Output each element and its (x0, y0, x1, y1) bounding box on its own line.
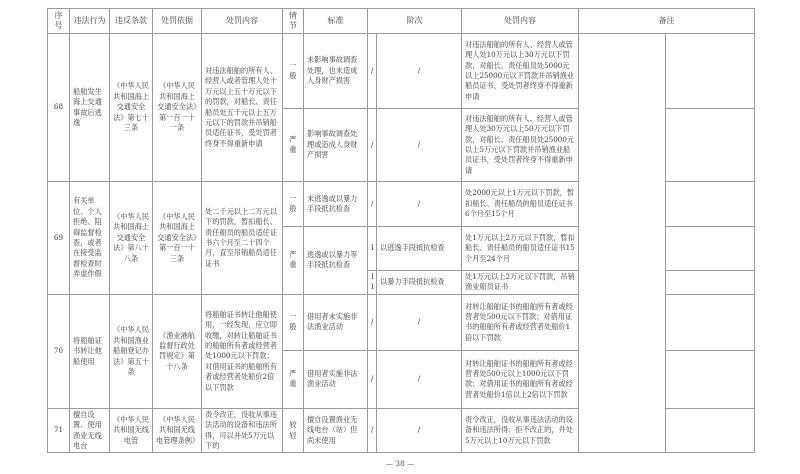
row-standard: 借用者未实施非法渔业活动 (304, 294, 368, 350)
row-behavior: 将船舶证书转让他船使用 (70, 294, 110, 408)
remark-cell (666, 294, 755, 350)
header-content: 处罚内容 (202, 9, 283, 34)
remark-cell (666, 227, 755, 271)
row-seq: 69 (48, 182, 70, 295)
row-stage-no: / (368, 182, 377, 227)
row-circumstance: 一般 (283, 182, 304, 227)
row-standard: 擅自设置渔业无线电台（站）但尚未使用 (304, 408, 368, 453)
row-standard: 借用者实施非法渔业活动 (304, 350, 368, 408)
header-remark: 备注 (579, 9, 755, 34)
table-row: 68 船舶发生海上交通事故后逃逸 《中华人民共和国海上交通安全法》第七十三条 《… (48, 34, 755, 109)
row-circumstance: 严重 (283, 109, 304, 182)
remark-cell (666, 271, 755, 295)
row-stage: / (377, 109, 462, 182)
row-clause: 《中华人民共和国海上交通安全法》第七十三条 (110, 34, 153, 182)
row-behavior: 船舶发生海上交通事故后逃逸 (70, 34, 110, 182)
remark-cell (666, 109, 755, 182)
row-stage: / (377, 294, 462, 350)
row-circumstance: 较轻 (283, 408, 304, 453)
remark-cell (666, 350, 755, 408)
row-basis: 《中华人民共和国无线电管理条例》 (153, 408, 202, 453)
row-circumstance: 一般 (283, 294, 304, 350)
row-stage: / (377, 350, 462, 408)
row-stage-no: I (368, 227, 377, 271)
row-content: 责令改正，没收从事违法活动的设备和违法所得，可以并处5万元以下的 (202, 408, 283, 453)
row-penalty: 责令改正，没收从事违法活动的设备和违法所得；拒不改正的，并处5万元以上10万元以… (462, 408, 579, 453)
row-clause: 《中华人民共和国无线电管 (110, 408, 153, 453)
row-stage-no: / (368, 408, 377, 453)
header-row: 序号 违法行为 违反条款 处罚依据 处罚内容 情节 标准 阶次 处罚内容 备注 (48, 9, 755, 34)
row-penalty: 处1万元以上2万元以下罚款，吊销渔业船员证书 (462, 271, 579, 295)
row-clause: 《中华人民共和国渔业船舶登记办法》第五十条 (110, 294, 153, 408)
row-basis: 《中华人民共和国海上交通安全法》第一百一十三条 (153, 182, 202, 295)
row-behavior: 有关单位、个人拒绝、阻碍监督检查，或者在接受监督检查时弄虚作假 (70, 182, 110, 295)
header-basis: 处罚依据 (153, 9, 202, 34)
header-circumstance: 情节 (283, 9, 304, 34)
header-standard: 标准 (304, 9, 368, 34)
row-standard: 未逃逸或以暴力手段抵抗检查 (304, 182, 368, 227)
row-stage-no: / (368, 350, 377, 408)
row-penalty: 处1万元以上2万元以下罚款，暂扣船长、责任船员的船员适任证书15个月至24个月 (462, 227, 579, 271)
document-page: 序号 违法行为 违反条款 处罚依据 处罚内容 情节 标准 阶次 处罚内容 备注 … (0, 0, 800, 474)
row-behavior: 擅自设置、使用渔业无线电台 (70, 408, 110, 453)
row-circumstance: 一般 (283, 34, 304, 109)
page-number: — 38 — (0, 459, 800, 468)
row-stage: / (377, 408, 462, 453)
row-standard: 影响事故调查处理或造成人身财产损害 (304, 109, 368, 182)
penalty-standards-table: 序号 违法行为 违反条款 处罚依据 处罚内容 情节 标准 阶次 处罚内容 备注 … (47, 8, 755, 453)
row-stage-no: / (368, 109, 377, 182)
row-clause: 《中华人民共和国海上交通安全法》第八十八条 (110, 182, 153, 295)
row-content: 处二千元以上二万元以下的罚款，暂扣船长、责任船员的船员适任证书六个月至二十四个月… (202, 182, 283, 295)
row-stage: / (377, 34, 462, 109)
remark-cell (666, 182, 755, 227)
row-circumstance: 严重 (283, 227, 304, 295)
header-behavior: 违法行为 (70, 9, 110, 34)
row-stage-no: II (368, 271, 377, 295)
row-penalty: 对转让船舶证书的船舶所有者或经营者处500元以下罚款；对借用证书的船舶所有者或经… (462, 294, 579, 350)
row-seq: 68 (48, 34, 70, 182)
row-basis: 《中华人民共和国海上交通安全法》第一百一十一条 (153, 34, 202, 182)
row-content: 对违法船舶的所有人、经营人或者管理人处十万元以上五十万元以下的罚款，对船长、责任… (202, 34, 283, 182)
row-penalty: 对违法船舶的所有人、经营人或管理人处10万元以上30万元以下罚款，对船长、责任船… (462, 34, 579, 109)
row-penalty: 对转让船舶证书的船舶所有者或经营者处500元以上1000元以下罚款；对借用证书的… (462, 350, 579, 408)
row-stage: / (377, 182, 462, 227)
header-seq: 序号 (48, 9, 70, 34)
row-standard: 未影响事故调查处理，也未造成人身财产损害 (304, 34, 368, 109)
remark-cell (579, 34, 666, 453)
row-standard: 逃逸或以暴力等手段抵抗检查 (304, 227, 368, 295)
row-seq: 71 (48, 408, 70, 453)
remark-cell (666, 408, 755, 453)
row-circumstance: 严重 (283, 350, 304, 408)
row-penalty: 对违法船舶的所有人、经营人或管理人处30万元以上50万元以下罚款，对船长、责任船… (462, 109, 579, 182)
row-penalty: 处2000元以上1万元以下罚款，暂扣船长、责任船员的船员适任证书6个月至15个月 (462, 182, 579, 227)
row-stage-no: / (368, 34, 377, 109)
header-penalty: 处罚内容 (462, 9, 579, 34)
row-basis: 《渔业港航监督行政处罚规定》第十八条 (153, 294, 202, 408)
remark-cell (666, 34, 755, 109)
row-content: 将船舶证书转让他船使用，一经发现，应立即收缴，对转让船舶证书的船舶所有者或经营者… (202, 294, 283, 408)
row-stage-no: / (368, 294, 377, 350)
header-clause: 违反条款 (110, 9, 153, 34)
header-stage: 阶次 (368, 9, 462, 34)
row-stage: 以暴力手段抵抗检查 (377, 271, 462, 295)
row-stage: 以逃逸手段抵抗检查 (377, 227, 462, 271)
row-seq: 70 (48, 294, 70, 408)
